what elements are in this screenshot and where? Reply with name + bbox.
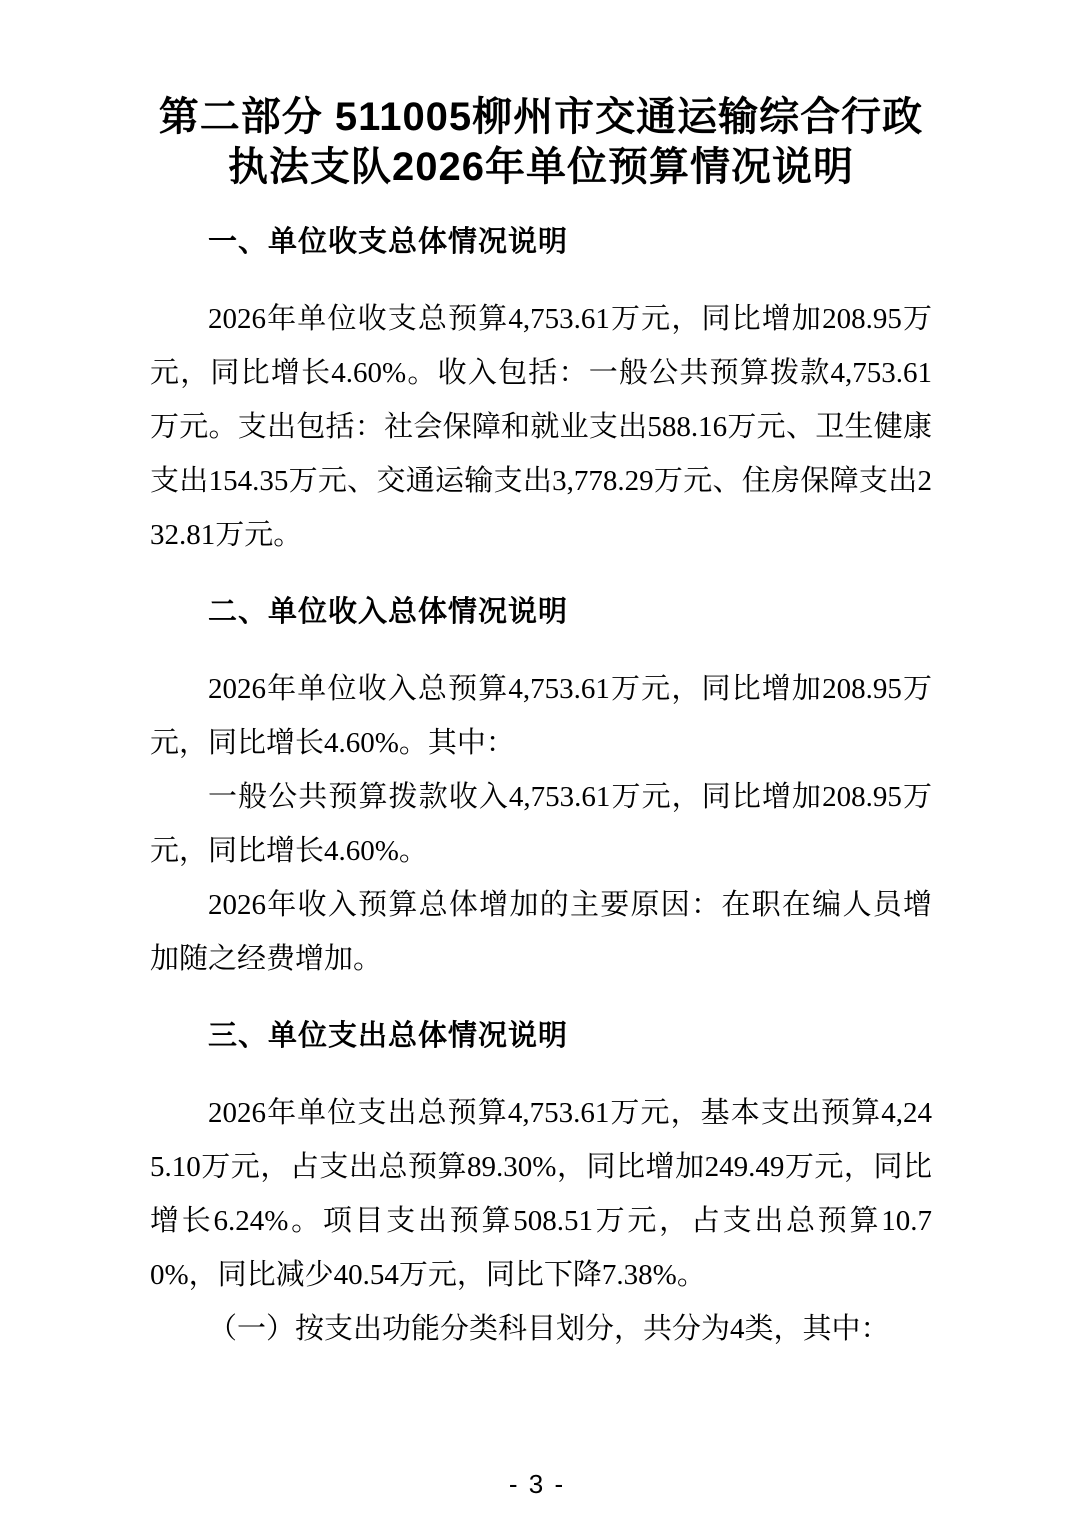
section-income-overview: 二、单位收入总体情况说明 2026年单位收入总预算4,753.61万元，同比增加…	[150, 592, 932, 986]
document-title-line-1: 第二部分 511005柳州市交通运输综合行政	[150, 92, 932, 142]
section-expenditure-overview: 三、单位支出总体情况说明 2026年单位支出总预算4,753.61万元，基本支出…	[150, 1016, 932, 1356]
page-number: - 3 -	[509, 1469, 565, 1499]
paragraph: 2026年单位支出总预算4,753.61万元，基本支出预算4,245.10万元，…	[150, 1086, 932, 1302]
page-footer: - 3 -	[0, 1468, 1074, 1500]
paragraph: 一般公共预算拨款收入4,753.61万元，同比增加208.95万元，同比增长4.…	[150, 770, 932, 878]
paragraph: 2026年单位收入总预算4,753.61万元，同比增加208.95万元，同比增长…	[150, 662, 932, 770]
document-page: 第二部分 511005柳州市交通运输综合行政 执法支队2026年单位预算情况说明…	[0, 0, 1074, 1520]
document-title: 第二部分 511005柳州市交通运输综合行政 执法支队2026年单位预算情况说明	[150, 92, 932, 192]
document-title-line-2: 执法支队2026年单位预算情况说明	[150, 142, 932, 192]
section-heading-1: 一、单位收支总体情况说明	[150, 222, 932, 262]
paragraph: 2026年单位收支总预算4,753.61万元，同比增加208.95万元，同比增长…	[150, 292, 932, 562]
paragraph: 2026年收入预算总体增加的主要原因：在职在编人员增加随之经费增加。	[150, 878, 932, 986]
section-heading-3: 三、单位支出总体情况说明	[150, 1016, 932, 1056]
paragraph: （一）按支出功能分类科目划分，共分为4类，其中：	[150, 1302, 932, 1356]
section-heading-2: 二、单位收入总体情况说明	[150, 592, 932, 632]
section-revenue-expenditure-overview: 一、单位收支总体情况说明 2026年单位收支总预算4,753.61万元，同比增加…	[150, 222, 932, 562]
